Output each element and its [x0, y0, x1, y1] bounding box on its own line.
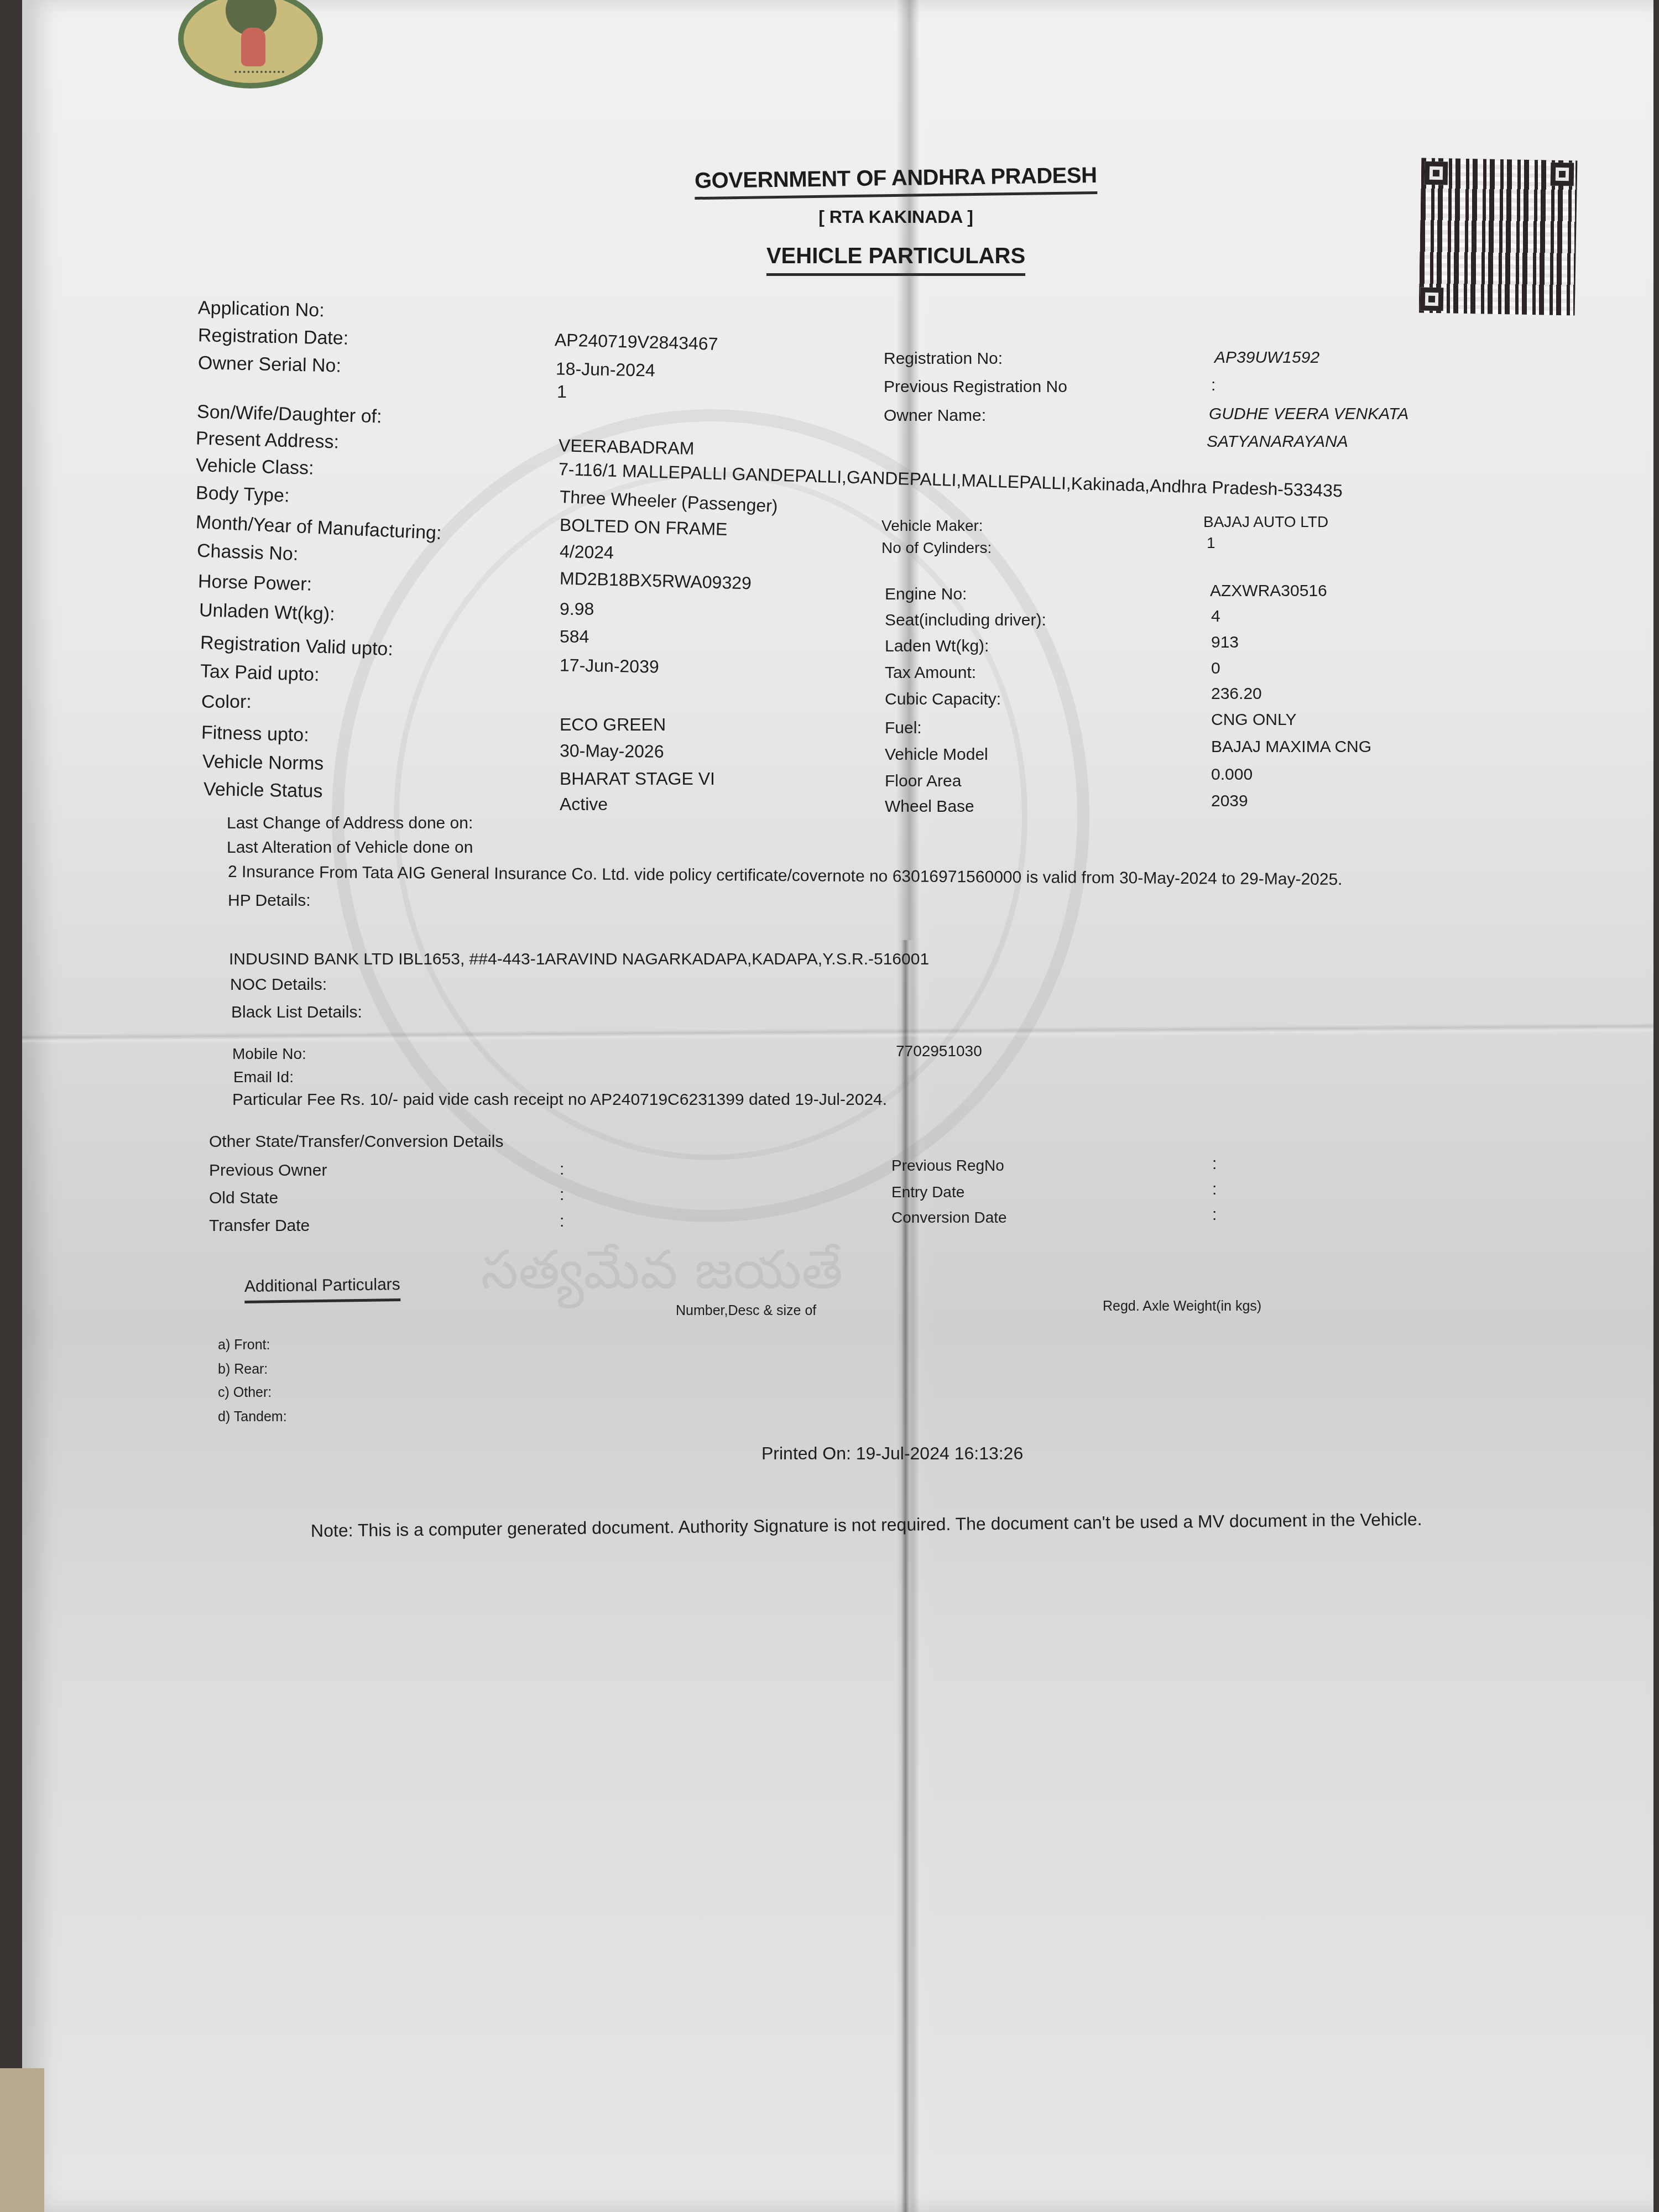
qr-code-icon — [1419, 158, 1578, 316]
entry-date-value: : — [1212, 1180, 1217, 1199]
fuel-value: CNG ONLY — [1211, 711, 1296, 729]
axle-row-front: a) Front: — [218, 1337, 270, 1353]
axle-weight-header: Regd. Axle Weight(in kgs) — [1103, 1298, 1261, 1314]
mobile-label: Mobile No: — [232, 1045, 306, 1063]
previous-regno-label: Previous RegNo — [891, 1157, 1004, 1175]
laden-weight-value: 913 — [1211, 633, 1239, 652]
axle-row-tandem: d) Tandem: — [218, 1409, 287, 1425]
registration-date-value: 18-Jun-2024 — [556, 358, 655, 380]
previous-regno-value: : — [1212, 1155, 1217, 1173]
transfer-date-value: : — [560, 1212, 564, 1231]
government-title: GOVERNMENT OF ANDHRA PRADESH — [695, 163, 1097, 200]
transfer-heading: Other State/Transfer/Conversion Details — [209, 1133, 503, 1151]
seat-value: 4 — [1211, 607, 1220, 626]
field-label: Registration Date: — [198, 325, 349, 349]
unladen-weight-value: 584 — [560, 627, 589, 647]
field-label: Vehicle Norms — [202, 751, 324, 775]
owner-serial-value: 1 — [557, 382, 567, 402]
andhra-pradesh-emblem-icon — [178, 0, 327, 94]
field-label: Vehicle Status — [204, 779, 323, 802]
field-label: Unladen Wt(kg): — [199, 599, 335, 625]
field-label: Floor Area — [885, 772, 961, 791]
field-label: Engine No: — [885, 585, 967, 604]
hp-details-value: INDUSIND BANK LTD IBL1653, ##4-443-1ARAV… — [229, 950, 929, 969]
previous-registration-value: : — [1211, 376, 1215, 395]
field-label: Horse Power: — [198, 571, 312, 595]
field-label: No of Cylinders: — [881, 539, 992, 557]
additional-particulars-heading: Additional Particulars — [244, 1275, 400, 1303]
document-header: GOVERNMENT OF ANDHRA PRADESH [ RTA KAKIN… — [686, 166, 1106, 276]
wheel-base-value: 2039 — [1211, 792, 1248, 811]
field-label: Vehicle Class: — [196, 455, 314, 479]
rta-office: [ RTA KAKINADA ] — [686, 207, 1106, 227]
field-label: Application No: — [198, 298, 325, 322]
document-title: VEHICLE PARTICULARS — [766, 244, 1025, 276]
last-alteration-label: Last Alteration of Vehicle done on — [227, 838, 473, 857]
hp-details-label: HP Details: — [228, 891, 311, 910]
axle-row-other: c) Other: — [218, 1385, 272, 1401]
particular-fee-text: Particular Fee Rs. 10/- paid vide cash r… — [232, 1091, 887, 1109]
manufacturing-date-value: 4/2024 — [560, 541, 614, 564]
field-label: Seat(including driver): — [885, 611, 1046, 630]
registration-valid-value: 17-Jun-2039 — [560, 655, 659, 677]
fitness-upto-value: 30-May-2026 — [560, 740, 664, 762]
vehicle-model-value: BAJAJ MAXIMA CNG — [1211, 738, 1371, 757]
field-label: Owner Name: — [884, 406, 986, 425]
field-label: Chassis No: — [196, 540, 299, 565]
field-label: Wheel Base — [885, 797, 974, 816]
owner-name-value-line2: SATYANARAYANA — [1207, 432, 1348, 451]
field-label: Vehicle Maker: — [881, 517, 983, 535]
noc-details-label: NOC Details: — [230, 975, 327, 994]
field-label: Body Type: — [195, 482, 290, 507]
cubic-capacity-value: 236.20 — [1211, 685, 1262, 703]
last-change-address-label: Last Change of Address done on: — [227, 814, 473, 833]
field-label: Registration No: — [884, 349, 1003, 368]
tax-amount-value: 0 — [1211, 659, 1220, 678]
background-surface — [0, 2068, 44, 2212]
old-state-value: : — [560, 1186, 564, 1204]
vehicle-norms-value: BHARAT STAGE VI — [560, 769, 715, 789]
floor-area-value: 0.000 — [1211, 765, 1253, 784]
previous-owner-value: : — [560, 1160, 564, 1179]
field-label: Previous Registration No — [884, 378, 1067, 397]
vehicle-status-value: Active — [560, 794, 608, 815]
conversion-date-label: Conversion Date — [891, 1209, 1007, 1227]
mobile-value: 7702951030 — [896, 1042, 982, 1060]
body-type-value: BOLTED ON FRAME — [560, 515, 728, 540]
field-label: Cubic Capacity: — [885, 690, 1001, 709]
email-label: Email Id: — [233, 1068, 294, 1086]
transfer-date-label: Transfer Date — [209, 1217, 310, 1235]
field-label: Vehicle Model — [885, 745, 988, 764]
field-label: Tax Paid upto: — [200, 661, 320, 686]
field-label: Tax Amount: — [885, 664, 976, 682]
cylinders-value: 1 — [1207, 534, 1215, 552]
application-no-value: AP240719V2843467 — [555, 330, 718, 354]
owner-name-value: GUDHE VEERA VENKATA — [1209, 405, 1408, 424]
printed-on-timestamp: Printed On: 19-Jul-2024 16:13:26 — [761, 1443, 1023, 1464]
previous-owner-label: Previous Owner — [209, 1161, 327, 1180]
color-value: ECO GREEN — [560, 714, 666, 735]
field-label: Color: — [201, 691, 252, 713]
number-desc-size-header: Number,Desc & size of — [676, 1303, 816, 1319]
field-label: Present Address: — [196, 428, 340, 453]
conversion-date-value: : — [1212, 1206, 1217, 1224]
axle-row-rear: b) Rear: — [218, 1361, 268, 1378]
engine-no-value: AZXWRA30516 — [1210, 582, 1327, 601]
field-label: Owner Serial No: — [198, 352, 342, 377]
blacklist-details-label: Black List Details: — [231, 1003, 362, 1022]
field-label: Fuel: — [885, 719, 922, 738]
field-label: Fitness upto: — [201, 722, 310, 746]
entry-date-label: Entry Date — [891, 1183, 964, 1201]
old-state-label: Old State — [209, 1189, 278, 1208]
relation-name-value: VEERABADRAM — [559, 435, 695, 459]
registration-no-value: AP39UW1592 — [1214, 348, 1319, 367]
field-label: Laden Wt(kg): — [885, 637, 989, 656]
vehicle-maker-value: BAJAJ AUTO LTD — [1203, 513, 1328, 531]
horse-power-value: 9.98 — [560, 599, 594, 619]
